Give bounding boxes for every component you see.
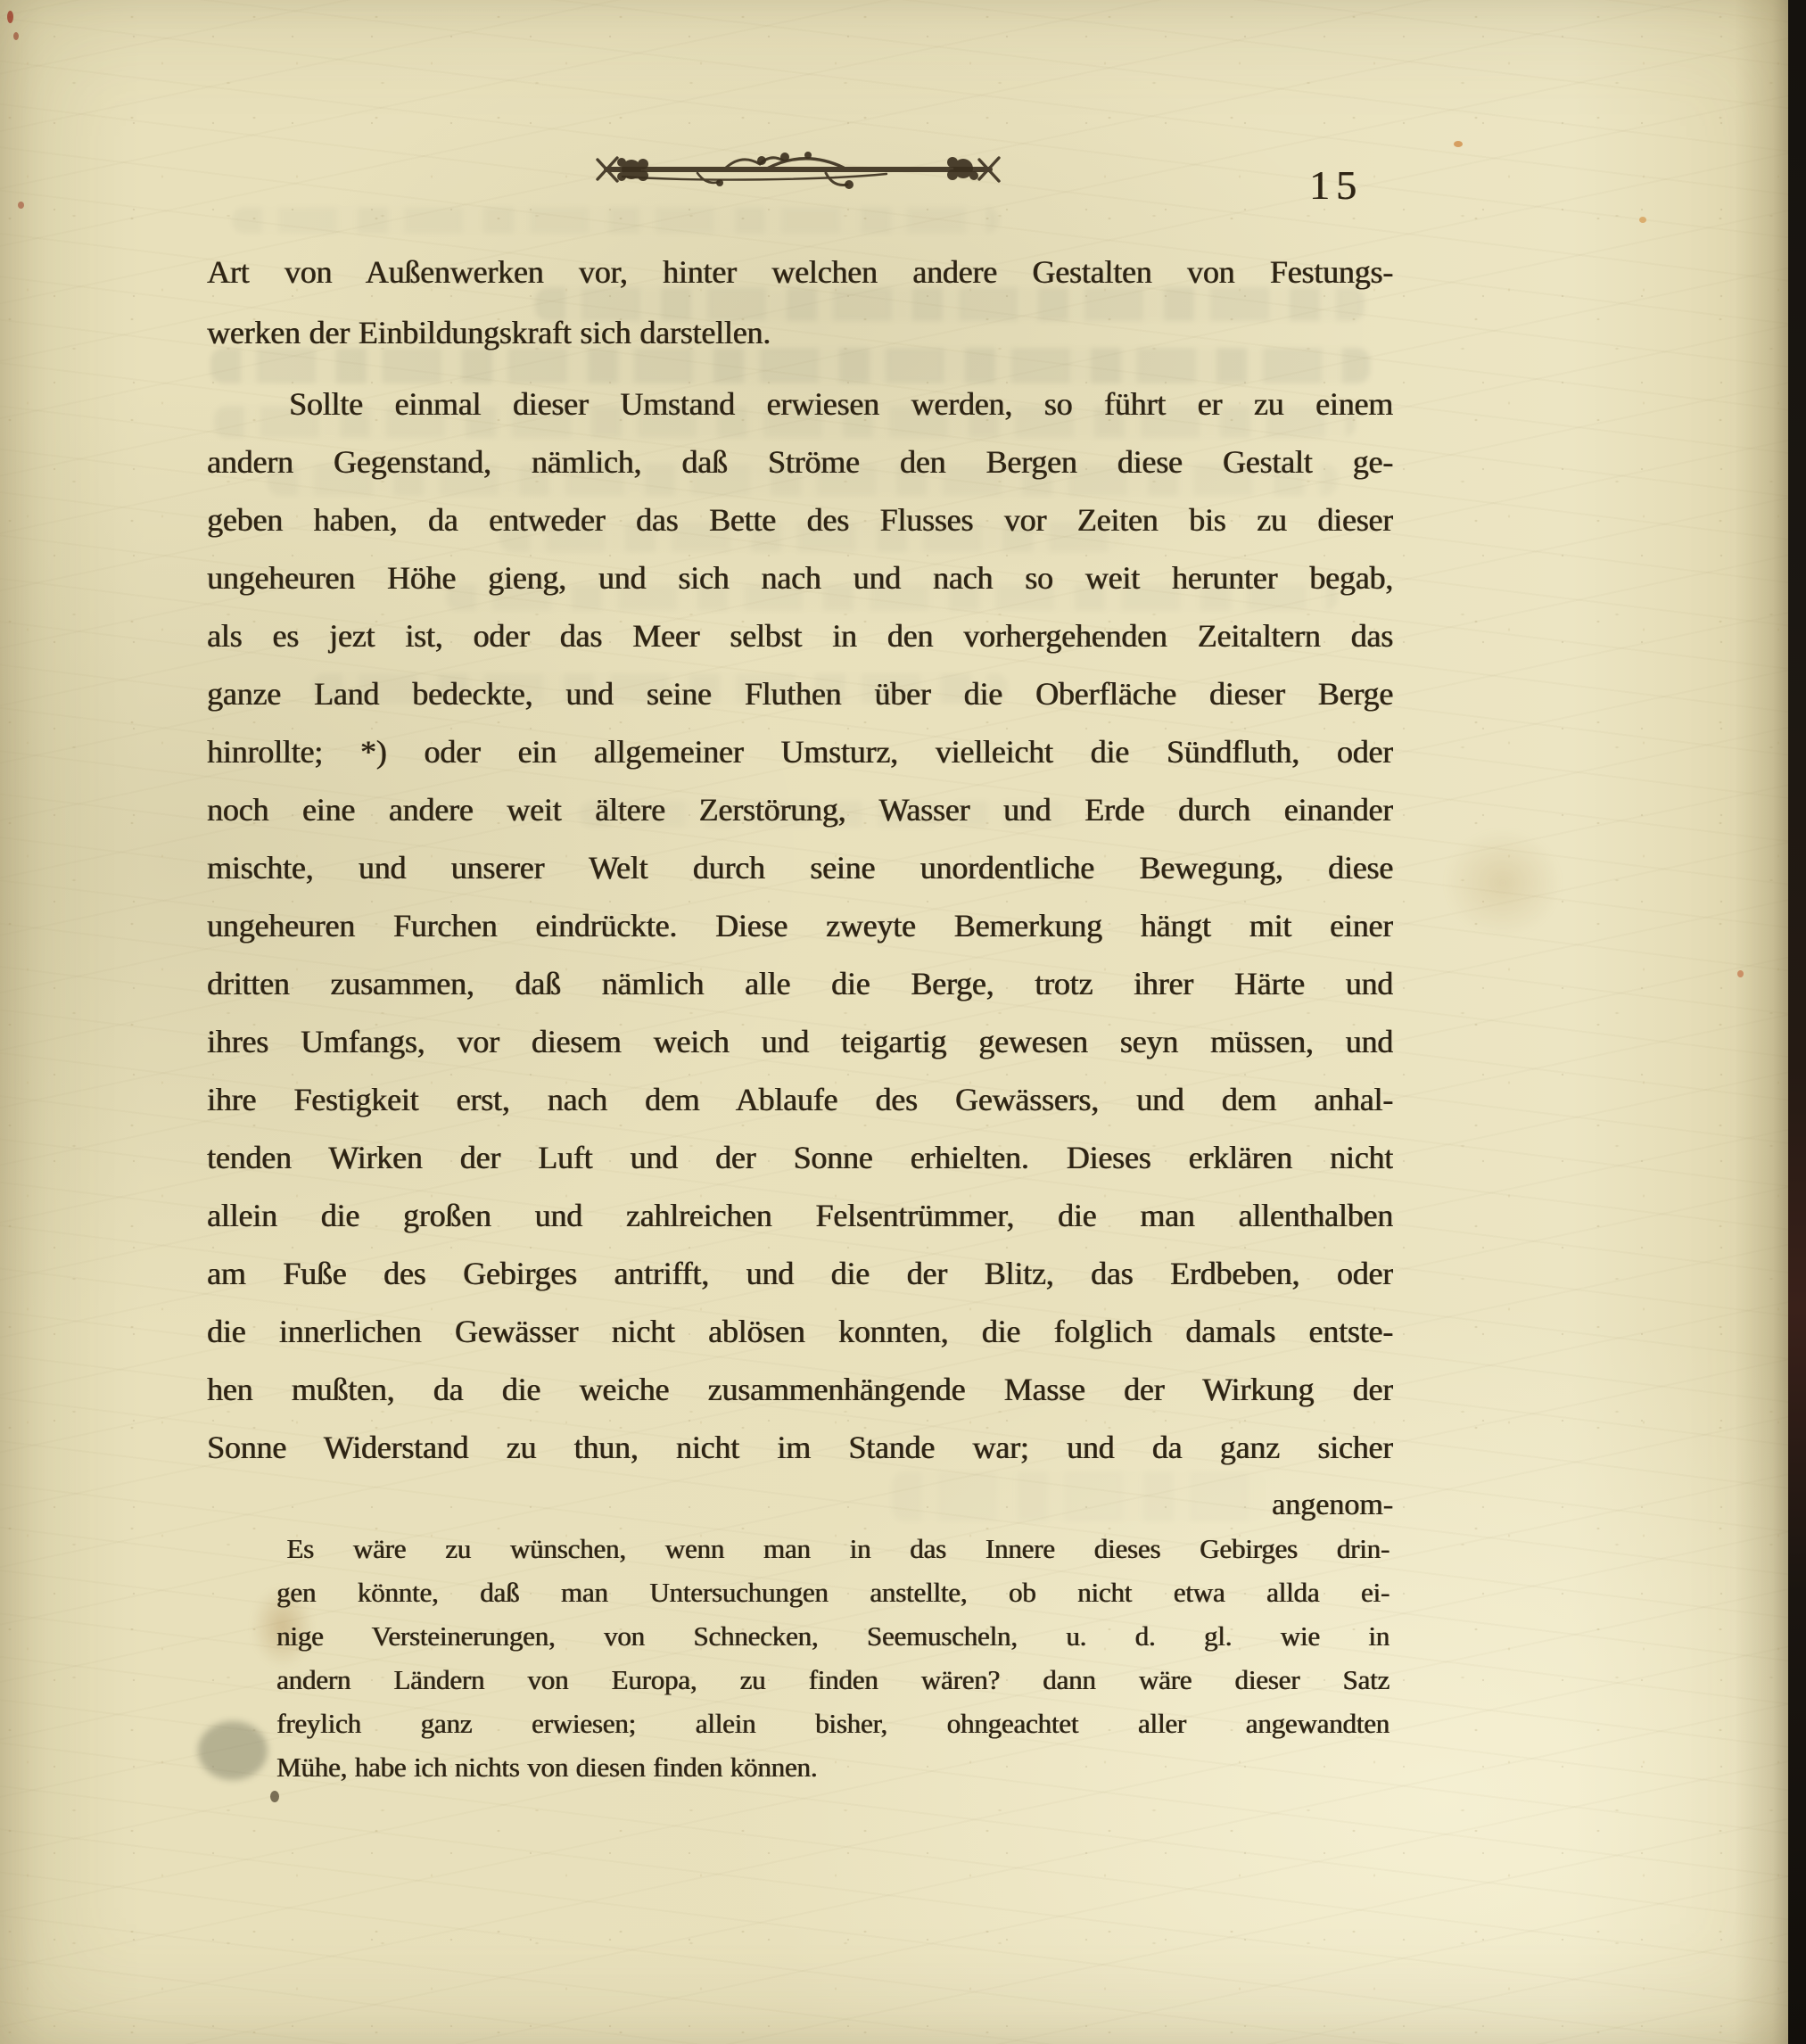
footnote-line: gen könnte, daß man Untersuchungen anste… [276, 1570, 1390, 1614]
book-page-scan: 15 Art von Außenwerken vor, hinter welch… [0, 0, 1806, 2044]
gutter-shadow [1735, 0, 1788, 2044]
paper-stain [1445, 829, 1561, 936]
footnote-line: *) Es wäre zu wünschen, wenn man in das … [276, 1527, 1390, 1570]
text-line: tenden Wirken der Luft und der Sonne erh… [207, 1129, 1393, 1187]
main-text-block: Art von Außenwerken vor, hinter welchen … [207, 242, 1393, 1534]
text-line: geben haben, da entweder das Bette des F… [207, 491, 1393, 549]
catchword: angenom- [207, 1477, 1393, 1534]
floral-rule-icon [592, 146, 1004, 196]
paragraph: Sollte einmal dieser Umstand erwiesen we… [207, 375, 1393, 1477]
red-speck [7, 11, 13, 23]
text-line: dritten zusammen, daß nämlich alle die B… [207, 955, 1393, 1013]
red-speck [18, 202, 24, 209]
text-line: mischte, und unserer Welt durch seine un… [207, 839, 1393, 897]
footnote-block: *) Es wäre zu wünschen, wenn man in das … [225, 1527, 1390, 1789]
paragraph: Art von Außenwerken vor, hinter welchen … [207, 242, 1393, 363]
text-line: ihre Festigkeit erst, nach dem Ablaufe d… [207, 1071, 1393, 1129]
page-number: 15 [1309, 161, 1416, 209]
text-line: am Fuße des Gebirges antrifft, und die d… [207, 1245, 1393, 1303]
scan-edge [1788, 0, 1806, 2044]
footnote-line: freylich ganz erwiesen; allein bisher, o… [276, 1702, 1390, 1745]
orange-speck [1454, 141, 1463, 147]
text-line: ihres Umfangs, vor diesem weich und teig… [207, 1013, 1393, 1071]
text-line: ungeheuren Furchen eindrückte. Diese zwe… [207, 897, 1393, 955]
text-line: ungeheuren Höhe gieng, und sich nach und… [207, 549, 1393, 607]
text-line: hinrollte; *) oder ein allgemeiner Umstu… [207, 723, 1393, 781]
orange-speck [1639, 217, 1646, 223]
text-line: Art von Außenwerken vor, hinter welchen … [207, 242, 1393, 302]
footnote-line: andern Ländern von Europa, zu finden wär… [276, 1658, 1390, 1702]
text-line: die innerlichen Gewässer nicht ablösen k… [207, 1303, 1393, 1361]
text-line: Sollte einmal dieser Umstand erwiesen we… [207, 375, 1393, 433]
text-line: werken der Einbildungskraft sich darstel… [207, 302, 1393, 363]
ink-speck [270, 1791, 279, 1802]
text-line: als es jezt ist, oder das Meer selbst in… [207, 607, 1393, 665]
text-line: andern Gegenstand, nämlich, daß Ströme d… [207, 433, 1393, 491]
header-ornament [592, 146, 1004, 196]
text-line: allein die großen und zahlreichen Felsen… [207, 1187, 1393, 1245]
bleed-through-line [232, 207, 999, 234]
text-line: ganze Land bedeckte, und seine Fluthen ü… [207, 665, 1393, 723]
footnote-line: nige Versteinerungen, von Schnecken, See… [276, 1614, 1390, 1658]
text-line: Sonne Widerstand zu thun, nicht im Stand… [207, 1419, 1393, 1477]
footnote-line: Mühe, habe ich nichts von diesen finden … [276, 1745, 1390, 1789]
red-speck [13, 32, 19, 40]
text-line: hen mußten, da die weiche zusammenhängen… [207, 1361, 1393, 1419]
text-line: noch eine andere weit ältere Zerstörung,… [207, 781, 1393, 839]
